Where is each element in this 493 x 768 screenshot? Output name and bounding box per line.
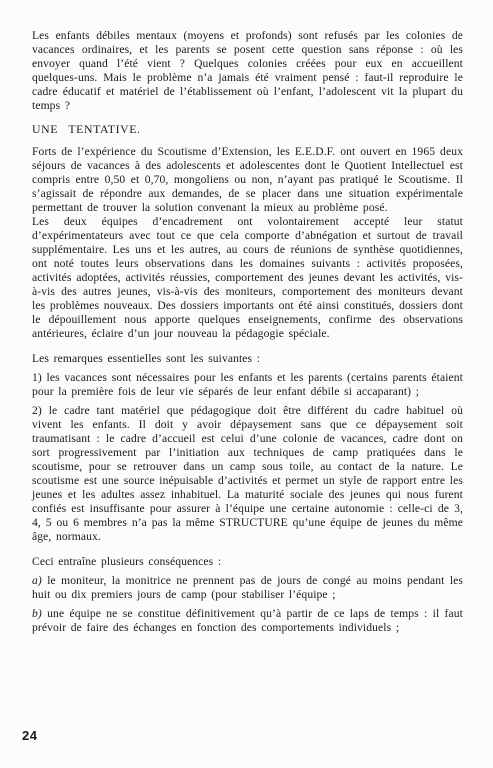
page-number: 24 <box>22 729 37 743</box>
remark-1-marker: 1) <box>32 371 42 384</box>
remark-item-2: 2) le cadre tant matériel que pédagogiqu… <box>32 404 463 544</box>
consequence-a-marker: a) <box>32 574 42 587</box>
remark-1-text: les vacances sont nécessaires pour les e… <box>32 371 463 398</box>
scanned-book-page: Les enfants débiles mentaux (moyens et p… <box>0 0 493 768</box>
consequence-b-marker: b) <box>32 607 42 620</box>
consequence-item-b: b) une équipe ne se constitue définitive… <box>32 607 463 635</box>
remark-item-1: 1) les vacances sont nécessaires pour le… <box>32 371 463 399</box>
section-heading: UNE TENTATIVE. <box>32 122 463 136</box>
experiment-paragraph: Forts de l’expérience du Scoutisme d’Ext… <box>32 145 463 215</box>
teams-paragraph: Les deux équipes d’encadrement ont volon… <box>32 215 463 341</box>
remark-2-text: le cadre tant matériel que pédagogique d… <box>32 404 463 543</box>
consequence-item-a: a) le moniteur, la monitrice ne prennent… <box>32 574 463 602</box>
remark-2-marker: 2) <box>32 404 42 417</box>
consequences-intro: Ceci entraîne plusieurs conséquences : <box>32 555 463 569</box>
remarks-intro: Les remarques essentielles sont les suiv… <box>32 352 463 366</box>
consequence-b-text: une équipe ne se constitue définitivemen… <box>32 607 463 634</box>
opening-paragraph: Les enfants débiles mentaux (moyens et p… <box>32 29 463 113</box>
consequence-a-text: le moniteur, la monitrice ne prennent pa… <box>32 574 463 601</box>
